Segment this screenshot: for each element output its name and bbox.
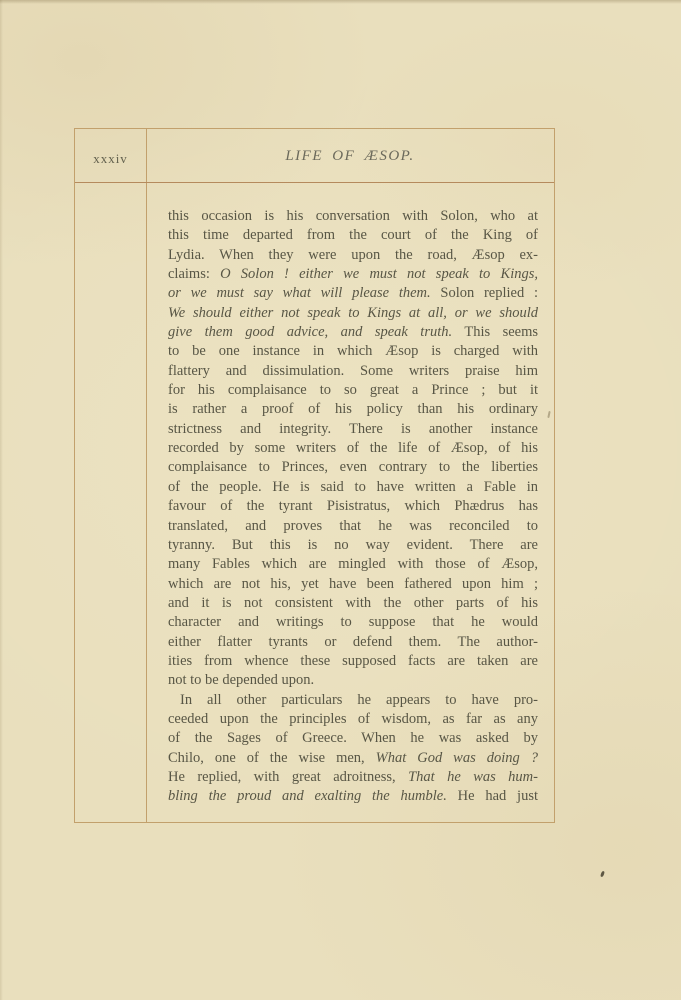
- text-line: and it is not consistent with the other …: [168, 594, 538, 613]
- text-segment: many Fables which are mingled with those…: [168, 556, 538, 572]
- text-line: Lydia. When they were upon the road, Æso…: [168, 246, 538, 265]
- text-line: favour of the tyrant Pisistratus, which …: [168, 497, 538, 516]
- text-segment: Solon replied :: [431, 285, 538, 301]
- text-segment: either flatter tyrants or defend them. T…: [168, 634, 538, 650]
- text-line: bling the proud and exalting the humble.…: [168, 787, 538, 806]
- italic-text-segment: What God was doing ?: [376, 750, 538, 766]
- text-line: for his complaisance to so great a Princ…: [168, 381, 538, 400]
- text-segment: tyranny. But this is no way evident. The…: [168, 537, 538, 553]
- text-line: We should either not speak to Kings at a…: [168, 304, 538, 323]
- text-line: Chilo, one of the wise men, What God was…: [168, 749, 538, 768]
- italic-text-segment: give them good advice, and speak truth.: [168, 324, 452, 340]
- text-line: flattery and dissimulation. Some writers…: [168, 362, 538, 381]
- text-line: not to be depended upon.: [168, 671, 538, 690]
- text-line: In all other particulars he appears to h…: [168, 691, 538, 710]
- margin-divider-rule: [146, 129, 147, 822]
- paper-speck: [600, 871, 605, 878]
- text-line: recorded by some writers of the life of …: [168, 439, 538, 458]
- page-left-edge-shadow: [0, 0, 3, 1000]
- text-line: this time departed from the court of the…: [168, 226, 538, 245]
- text-line: strictness and integrity. There is anoth…: [168, 420, 538, 439]
- running-header: LIFE OF ÆSOP.: [146, 148, 554, 165]
- text-segment: is rather a proof of his policy than his…: [168, 401, 538, 417]
- text-line: to be one instance in which Æsop is char…: [168, 342, 538, 361]
- text-line: many Fables which are mingled with those…: [168, 555, 538, 574]
- text-line: He replied, with great adroitness, That …: [168, 768, 538, 787]
- text-segment: to be one instance in which Æsop is char…: [168, 343, 538, 359]
- text-segment: flattery and dissimulation. Some writers…: [168, 363, 538, 379]
- text-segment: complaisance to Princes, even contrary t…: [168, 459, 538, 475]
- text-line: which are not his, yet have been fathere…: [168, 575, 538, 594]
- text-segment: Chilo, one of the wise men,: [168, 750, 376, 766]
- text-line: of the Sages of Greece. When he was aske…: [168, 729, 538, 748]
- text-line: ceeded upon the principles of wisdom, as…: [168, 710, 538, 729]
- text-segment: This seems: [452, 324, 538, 340]
- text-segment: this occasion is his conversation with S…: [168, 208, 538, 224]
- italic-text-segment: O Solon ! either we must not speak to Ki…: [220, 266, 538, 282]
- page-body-text: this occasion is his conversation with S…: [168, 207, 538, 807]
- text-segment: of the Sages of Greece. When he was aske…: [168, 730, 538, 746]
- header-rule: [75, 182, 554, 183]
- text-segment: ities from whence these supposed facts a…: [168, 653, 538, 669]
- text-segment: character and writings to suppose that h…: [168, 614, 538, 630]
- book-page: xxxiv LIFE OF ÆSOP. this occasion is his…: [0, 0, 681, 1000]
- text-line: translated, and proves that he was recon…: [168, 517, 538, 536]
- italic-text-segment: We should either not speak to Kings at a…: [168, 305, 538, 321]
- text-segment: In all other particulars he appears to h…: [180, 692, 538, 708]
- italic-text-segment: bling the proud and exalting the humble.: [168, 788, 447, 804]
- text-segment: Lydia. When they were upon the road, Æso…: [168, 247, 538, 263]
- text-segment: strictness and integrity. There is anoth…: [168, 421, 538, 437]
- folio-page-number: xxxiv: [75, 151, 146, 167]
- text-line: of the people. He is said to have writte…: [168, 478, 538, 497]
- text-line: tyranny. But this is no way evident. The…: [168, 536, 538, 555]
- text-segment: He had just: [447, 788, 538, 804]
- text-segment: of the people. He is said to have writte…: [168, 479, 538, 495]
- italic-text-segment: That he was hum-: [408, 769, 538, 785]
- text-segment: ceeded upon the principles of wisdom, as…: [168, 711, 538, 727]
- text-line: claims: O Solon ! either we must not spe…: [168, 265, 538, 284]
- text-line: give them good advice, and speak truth. …: [168, 323, 538, 342]
- text-segment: claims:: [168, 266, 220, 282]
- text-segment: which are not his, yet have been fathere…: [168, 576, 538, 592]
- text-segment: He replied, with great adroitness,: [168, 769, 408, 785]
- page-top-edge-shadow: [0, 0, 681, 4]
- text-segment: translated, and proves that he was recon…: [168, 518, 538, 534]
- text-line: ities from whence these supposed facts a…: [168, 652, 538, 671]
- text-line: this occasion is his conversation with S…: [168, 207, 538, 226]
- text-line: is rather a proof of his policy than his…: [168, 400, 538, 419]
- text-segment: and it is not consistent with the other …: [168, 595, 538, 611]
- text-line: or we must say what will please them. So…: [168, 284, 538, 303]
- text-line: complaisance to Princes, even contrary t…: [168, 458, 538, 477]
- italic-text-segment: or we must say what will please them.: [168, 285, 431, 301]
- text-segment: recorded by some writers of the life of …: [168, 440, 538, 456]
- text-segment: not to be depended upon.: [168, 672, 314, 688]
- text-line: either flatter tyrants or defend them. T…: [168, 633, 538, 652]
- text-segment: this time departed from the court of the…: [168, 227, 538, 243]
- text-segment: favour of the tyrant Pisistratus, which …: [168, 498, 538, 514]
- text-segment: for his complaisance to so great a Princ…: [168, 382, 538, 398]
- text-line: character and writings to suppose that h…: [168, 613, 538, 632]
